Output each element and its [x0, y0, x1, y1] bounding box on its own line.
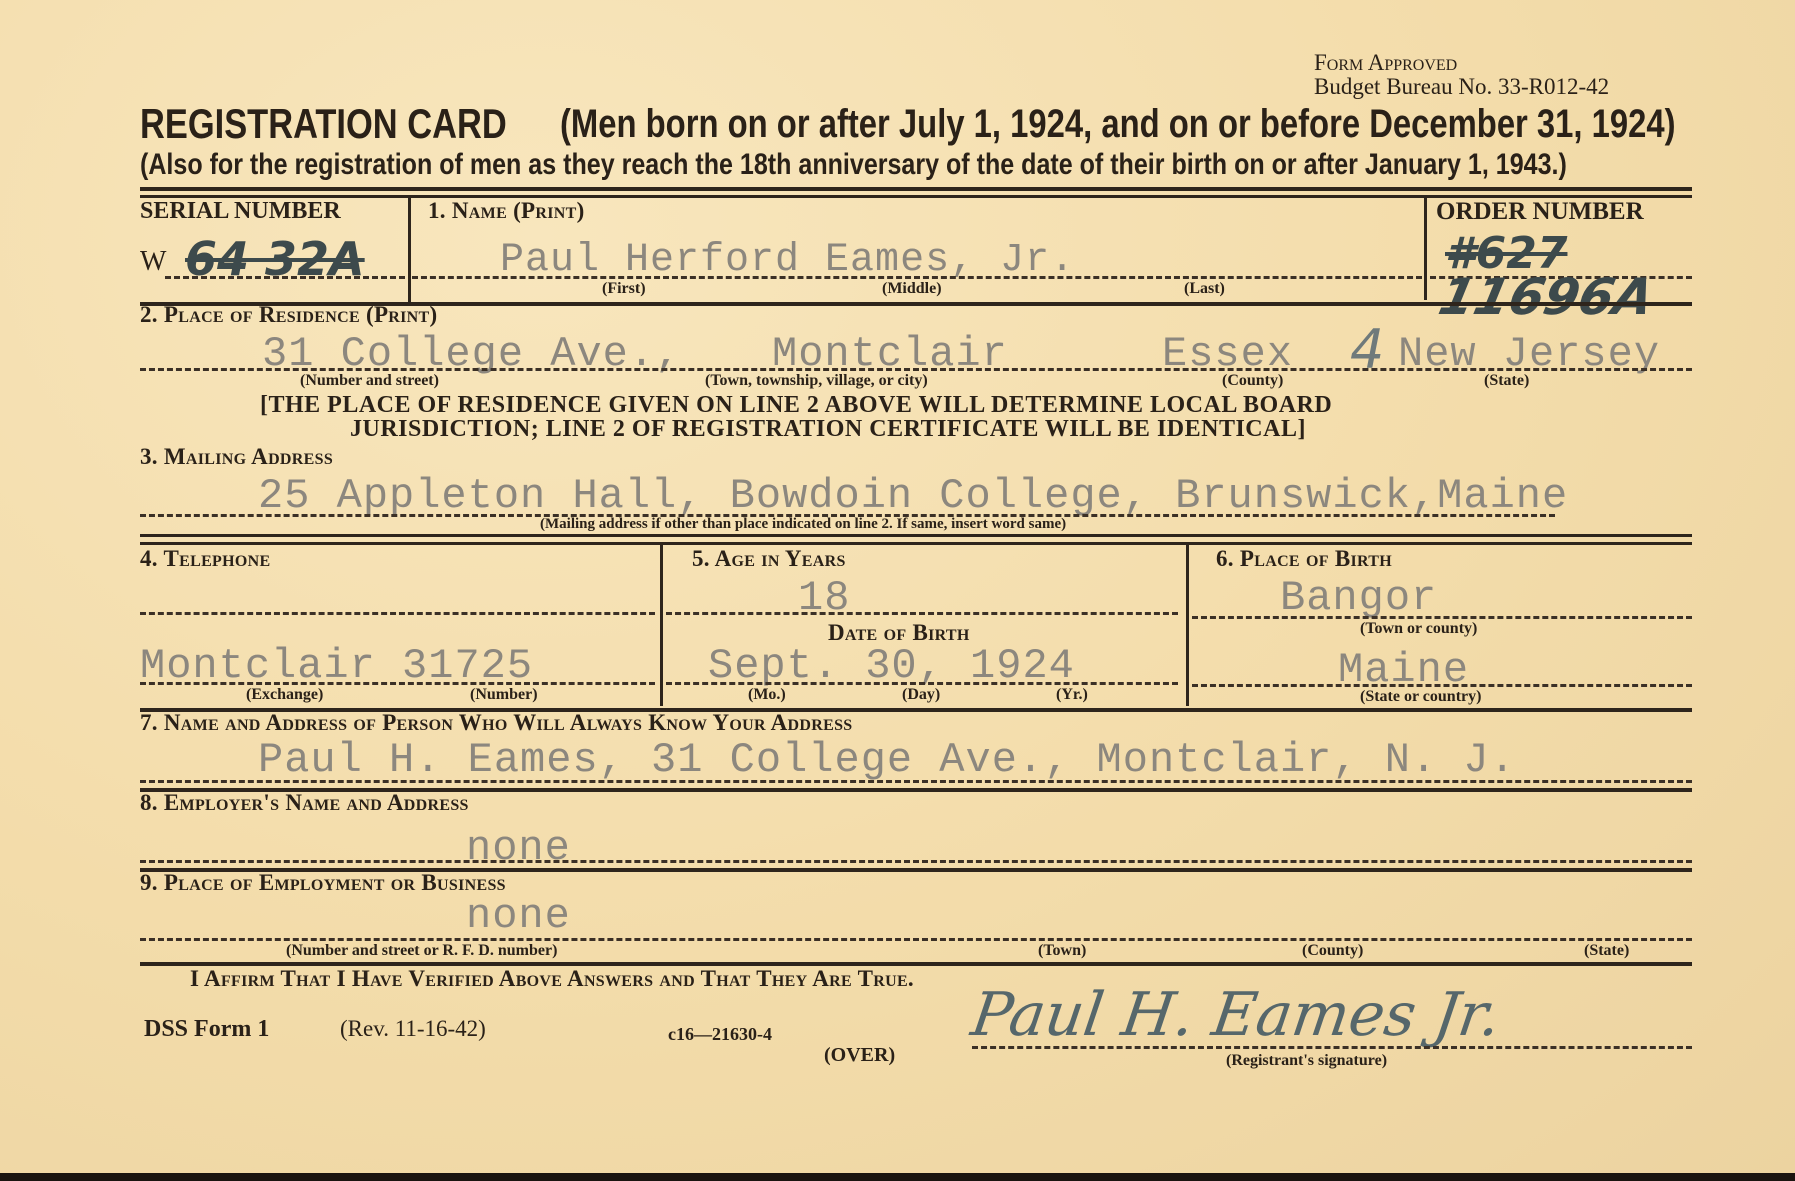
age-divider	[1186, 544, 1189, 706]
employment-sub-town: (Town)	[1038, 942, 1086, 960]
telephone-line-1	[140, 612, 655, 615]
telephone-sub-number: (Number)	[470, 686, 538, 704]
age-line	[666, 612, 1178, 615]
over-notice: (OVER)	[824, 1044, 895, 1067]
age-label: 5. Age in Years	[692, 546, 846, 572]
dob-sub-day: (Day)	[902, 686, 940, 704]
employment-place-value: none	[466, 892, 571, 940]
header-rule-1	[140, 187, 1692, 191]
employment-sub-county: (County)	[1302, 942, 1363, 960]
card-bottom-edge	[0, 1173, 1795, 1181]
contact-value: Paul H. Eames, 31 College Ave., Montclai…	[258, 736, 1516, 784]
employer-value: none	[466, 824, 571, 872]
serial-line	[165, 276, 405, 279]
birthplace-line-1	[1192, 616, 1692, 619]
name-label: 1. Name (Print)	[428, 198, 585, 224]
card-title: REGISTRATION CARD	[140, 100, 507, 148]
residence-sub-town: (Town, township, village, or city)	[705, 372, 928, 390]
order-number-label: ORDER NUMBER	[1436, 198, 1644, 226]
card-subtitle: (Also for the registration of men as the…	[140, 148, 1567, 182]
residence-notice-line2: JURISDICTION; LINE 2 OF REGISTRATION CER…	[350, 416, 1306, 443]
signature-sub: (Registrant's signature)	[1226, 1052, 1387, 1070]
registrant-signature: Paul H. Eames Jr.	[967, 980, 1505, 1050]
serial-prefix: W	[140, 246, 166, 278]
telephone-divider	[660, 544, 663, 706]
dss-form-id: DSS Form 1	[144, 1016, 269, 1043]
serial-number-label: SERIAL NUMBER	[140, 198, 341, 225]
birthplace-sub-town: (Town or county)	[1360, 620, 1477, 638]
signature-line	[972, 1046, 1692, 1049]
print-code: c16—21630-4	[668, 1024, 772, 1045]
telephone-sub-exchange: (Exchange)	[246, 686, 323, 704]
name-sub-middle: (Middle)	[882, 280, 942, 298]
order-divider	[1424, 196, 1427, 300]
employment-place-label: 9. Place of Employment or Business	[140, 870, 506, 896]
budget-bureau-number: Budget Bureau No. 33-R012-42	[1314, 74, 1609, 100]
registration-card: Form Approved Budget Bureau No. 33-R012-…	[0, 0, 1795, 1181]
birthplace-town: Bangor	[1280, 574, 1437, 622]
dob-sub-year: (Yr.)	[1056, 686, 1088, 704]
row3-rule-2	[140, 542, 1692, 545]
affirmation-text: I Affirm That I Have Verified Above Answ…	[190, 966, 914, 992]
telephone-label: 4. Telephone	[140, 546, 270, 572]
birthplace-sub-state: (State or country)	[1360, 688, 1481, 706]
residence-sub-street: (Number and street)	[300, 372, 439, 390]
form-approved-label: Form Approved	[1314, 50, 1457, 76]
residence-label: 2. Place of Residence (Print)	[140, 302, 437, 328]
employment-sub-street: (Number and street or R. F. D. number)	[286, 942, 557, 960]
order-number-value: 11696A	[1434, 268, 1659, 326]
contact-line	[140, 780, 1692, 783]
mailing-address-value: 25 Appleton Hall, Bowdoin College, Bruns…	[258, 472, 1568, 520]
local-board-mark: 4	[1350, 318, 1384, 381]
name-line	[412, 276, 1422, 279]
dob-sub-month: (Mo.)	[748, 686, 786, 704]
residence-line	[140, 368, 1692, 371]
residence-sub-county: (County)	[1222, 372, 1283, 390]
dob-line	[666, 682, 1178, 685]
employer-label: 8. Employer's Name and Address	[140, 790, 469, 816]
serial-divider	[408, 196, 411, 306]
card-title-scope: (Men born on or after July 1, 1924, and …	[560, 102, 1676, 147]
name-sub-last: (Last)	[1184, 280, 1225, 298]
name-sub-first: (First)	[602, 280, 646, 298]
employment-sub-state: (State)	[1584, 942, 1629, 960]
employer-line	[140, 860, 1692, 863]
mailing-sub: (Mailing address if other than place ind…	[540, 516, 1066, 533]
mailing-address-label: 3. Mailing Address	[140, 444, 333, 470]
form-revision: (Rev. 11-16-42)	[340, 1016, 486, 1042]
employment-place-line	[140, 938, 1692, 941]
birthplace-label: 6. Place of Birth	[1216, 546, 1392, 572]
residence-sub-state: (State)	[1484, 372, 1529, 390]
residence-notice-line1: [THE PLACE OF RESIDENCE GIVEN ON LINE 2 …	[260, 392, 1332, 419]
row3-rule-1	[140, 534, 1692, 537]
telephone-line-2	[140, 682, 655, 685]
contact-label: 7. Name and Address of Person Who Will A…	[140, 710, 852, 736]
birthplace-line-2	[1192, 684, 1692, 687]
